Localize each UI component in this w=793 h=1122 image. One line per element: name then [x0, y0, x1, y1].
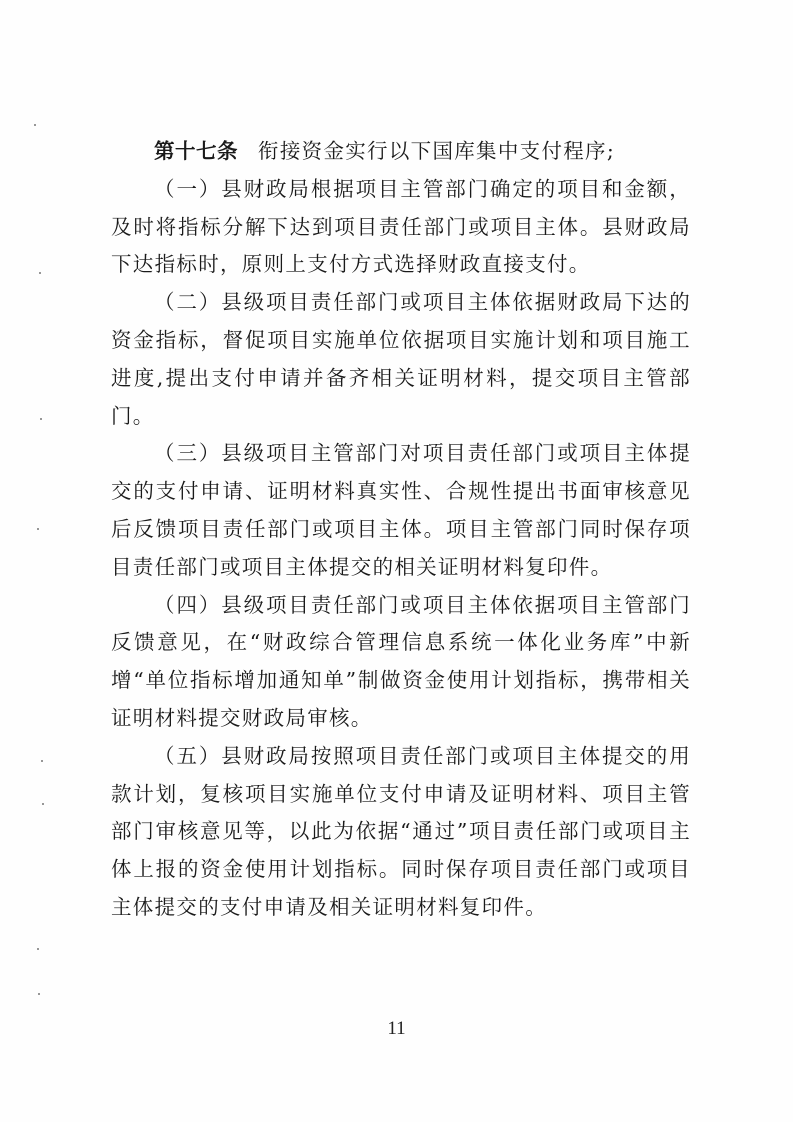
article-number: 第十七条 — [154, 139, 238, 163]
scan-speck — [37, 528, 39, 530]
scan-speck — [39, 272, 41, 274]
scan-speck — [37, 948, 39, 950]
article-title: 衔接资金实行以下国库集中支付程序; — [258, 139, 615, 163]
clause-1: （一）县财政局根据项目主管部门确定的项目和金额，及时将指标分解下达到项目责任部门… — [111, 171, 691, 284]
scan-speck — [42, 803, 44, 805]
scan-speck — [40, 418, 42, 420]
clause-3: （三）县级项目主管部门对项目责任部门或项目主体提交的支付申请、证明材料真实性、合… — [111, 435, 691, 586]
article-heading: 第十七条衔接资金实行以下国库集中支付程序; — [111, 133, 691, 171]
clause-4: （四）县级项目责任部门或项目主体依据项目主管部门反馈意见，在“财政综合管理信息系… — [111, 587, 691, 738]
clause-5: （五）县财政局按照项目责任部门或项目主体提交的用款计划，复核项目实施单位支付申请… — [111, 738, 691, 927]
scan-speck — [38, 993, 40, 995]
document-page: 第十七条衔接资金实行以下国库集中支付程序; （一）县财政局根据项目主管部门确定的… — [0, 0, 793, 1122]
document-body: 第十七条衔接资金实行以下国库集中支付程序; （一）县财政局根据项目主管部门确定的… — [111, 133, 691, 927]
scan-speck — [41, 760, 43, 762]
clause-2: （二）县级项目责任部门或项目主体依据财政局下达的资金指标，督促项目实施单位依据项… — [111, 284, 691, 435]
page-number: 11 — [0, 1018, 793, 1040]
scan-speck — [34, 124, 36, 126]
